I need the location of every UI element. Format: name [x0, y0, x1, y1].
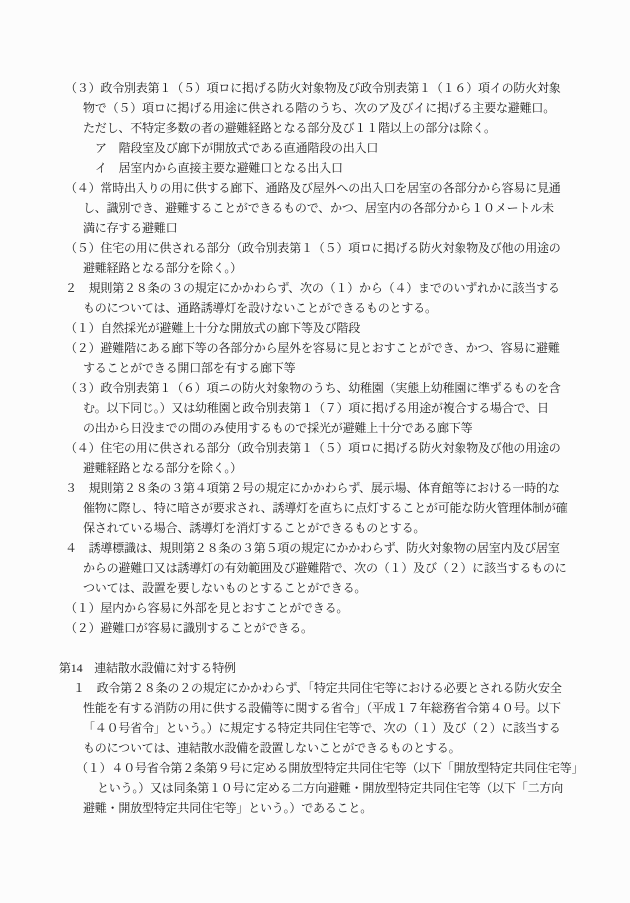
text-line: ものについては、連結散水設備を設置しないことができるものとする。 [0, 738, 630, 758]
text-line: の出から日没までの間のみ使用するもので採光が避難上十分である廊下等 [0, 418, 630, 438]
text-line: 催物に際し、特に暗さが要求され、誘導灯を直ちに点灯することが可能な防火管理体制が… [0, 498, 630, 518]
text-line: （１）自然採光が避難上十分な開放式の廊下等及び階段 [0, 318, 630, 338]
text-line: 避難経路となる部分を除く。） [0, 258, 630, 278]
text-line: （４）常時出入りの用に供する廊下、通路及び屋外への出入口を居室の各部分から容易に… [0, 178, 630, 198]
document-text: （３）政令別表第１（５）項ロに掲げる防火対象物及び政令別表第１（１６）項イの防火… [0, 78, 630, 818]
text-line: （２）避難口が容易に識別することができる。 [0, 618, 630, 638]
text-line: （３）政令別表第１（６）項ニの防火対象物のうち、幼稚園（実態上幼稚園に準ずるもの… [0, 378, 630, 398]
text-line: ただし、不特定多数の者の避難経路となる部分及び１１階以上の部分は除く。 [0, 118, 630, 138]
text-line: という。）又は同条第１０号に定める二方向避難・開放型特定共同住宅等（以下「二方向 [0, 778, 630, 798]
text-line: （１）屋内から容易に外部を見とおすことができる。 [0, 598, 630, 618]
blank-line [0, 638, 630, 658]
text-line: ものについては、通路誘導灯を設けないことができるものとする。 [0, 298, 630, 318]
text-line: 避難・開放型特定共同住宅等」という。）であること。 [0, 798, 630, 818]
text-line: １ 政令第２８条の２の規定にかかわらず、「特定共同住宅等における必要とされる防火… [0, 678, 630, 698]
text-line: （２）避難階にある廊下等の各部分から屋外を容易に見とおすことができ、かつ、容易に… [0, 338, 630, 358]
text-line: ついては、設置を要しないものとすることができる。 [0, 578, 630, 598]
text-line: ４ 誘導標識は、規則第２８条の３第５項の規定にかかわらず、防火対象物の居室内及び… [0, 538, 630, 558]
text-line: 満に存する避難口 [0, 218, 630, 238]
text-line: し、識別でき、避難することができるもので、かつ、居室内の各部分から１０メートル未 [0, 198, 630, 218]
text-line: 性能を有する消防の用に供する設備等に関する省令」（平成１７年総務省令第４０号。以… [0, 698, 630, 718]
text-line: （５）住宅の用に供される部分（政令別表第１（５）項ロに掲げる防火対象物及び他の用… [0, 238, 630, 258]
text-line: む。以下同じ。）又は幼稚園と政令別表第１（７）項に掲げる用途が複合する場合で、日 [0, 398, 630, 418]
text-line: ２ 規則第２８条の３の規定にかかわらず、次の（１）から（４）までのいずれかに該当… [0, 278, 630, 298]
text-line: することができる開口部を有する廊下等 [0, 358, 630, 378]
text-line: （１）４０号省令第２条第９号に定める開放型特定共同住宅等（以下「開放型特定共同住… [0, 758, 630, 778]
text-line: 避難経路となる部分を除く。） [0, 458, 630, 478]
page: （３）政令別表第１（５）項ロに掲げる防火対象物及び政令別表第１（１６）項イの防火… [0, 0, 630, 903]
text-line: 「４０号省令」という。）に規定する特定共同住宅等で、次の（１）及び（２）に該当す… [0, 718, 630, 738]
text-line: からの避難口又は誘導灯の有効範囲及び避難階で、次の（１）及び（２）に該当するもの… [0, 558, 630, 578]
text-line: イ 居室内から直接主要な避難口となる出入口 [0, 158, 630, 178]
text-line: （４）住宅の用に供される部分（政令別表第１（５）項ロに掲げる防火対象物及び他の用… [0, 438, 630, 458]
text-line: ア 階段室及び廊下が開放式である直通階段の出入口 [0, 138, 630, 158]
text-line: 第14 連結散水設備に対する特例 [0, 658, 630, 678]
text-line: ３ 規則第２８条の３第４項第２号の規定にかかわらず、展示場、体育館等における一時… [0, 478, 630, 498]
text-line: 保されている場合、誘導灯を消灯することができるものとする。 [0, 518, 630, 538]
text-line: （３）政令別表第１（５）項ロに掲げる防火対象物及び政令別表第１（１６）項イの防火… [0, 78, 630, 98]
text-line: 物で（５）項ロに掲げる用途に供される階のうち、次のア及びイに掲げる主要な避難口。 [0, 98, 630, 118]
